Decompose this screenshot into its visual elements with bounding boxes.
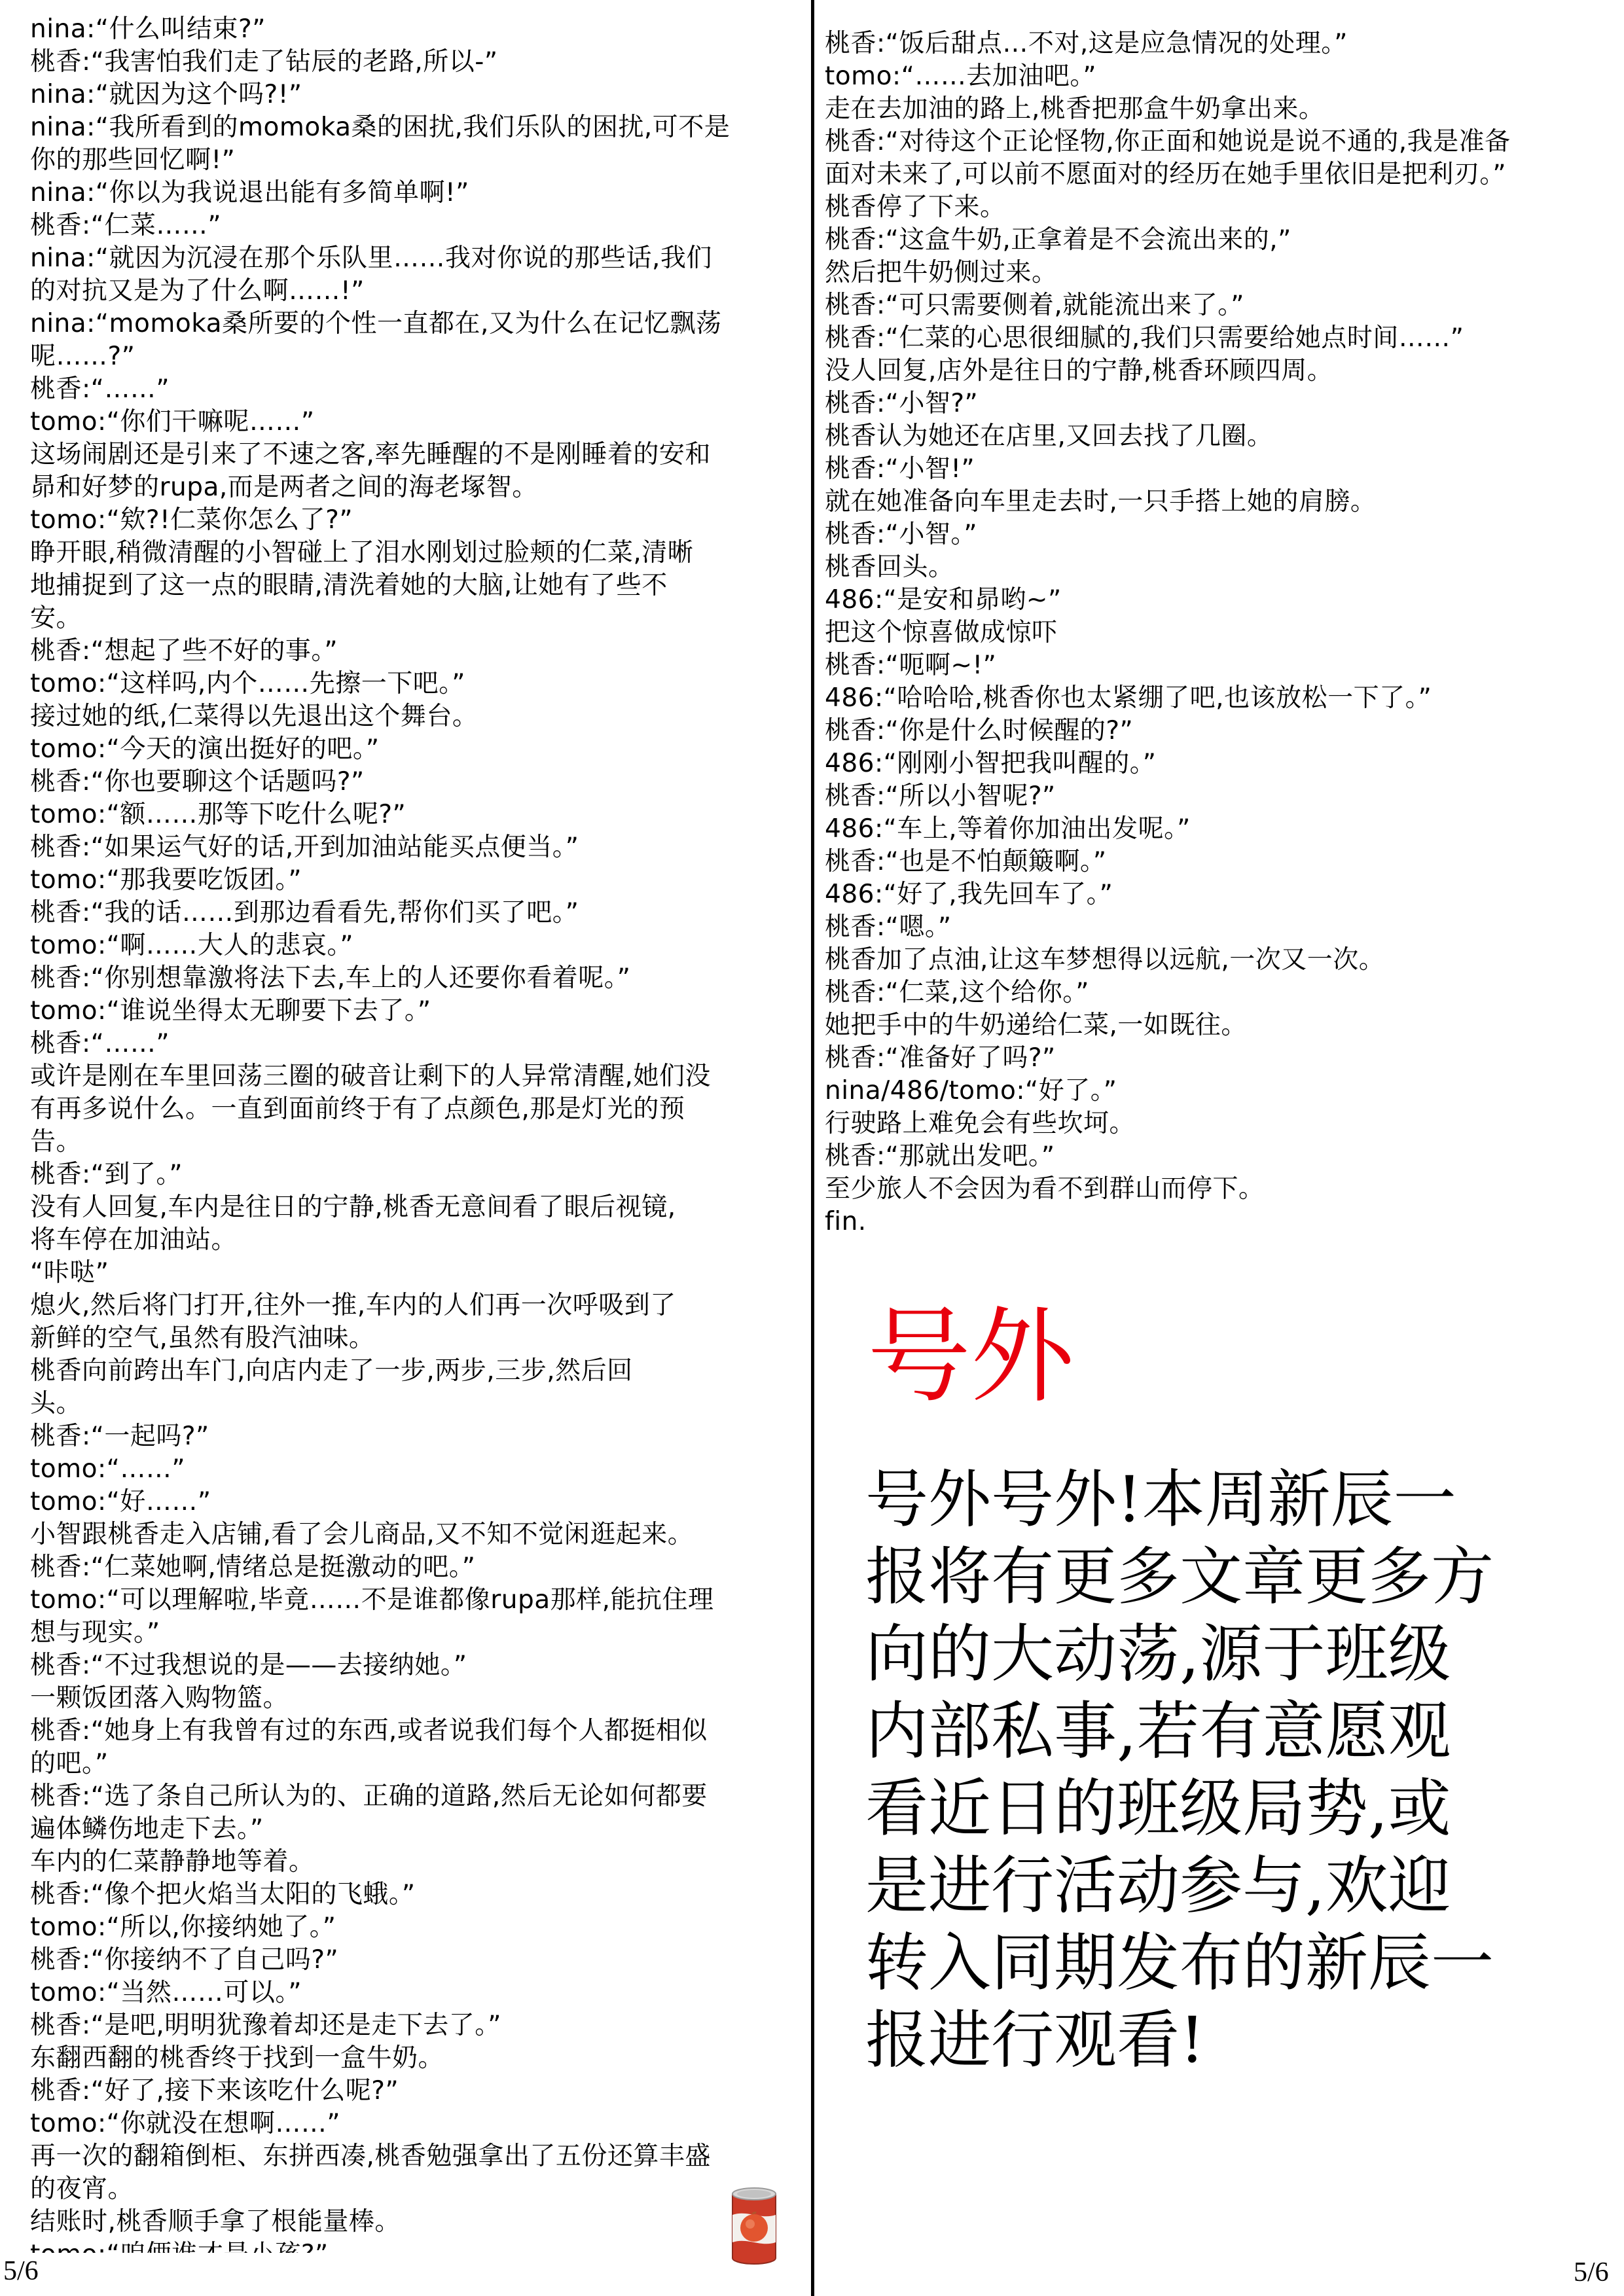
text-line: 桃香:“如果运气好的话,开到加油站能买点便当。” — [30, 831, 809, 864]
text-line: 熄火,然后将门打开,往外一推,车内的人们再一次呼吸到了 — [30, 1289, 809, 1322]
text-line: 486:“车上,等着你加油出发呢。” — [825, 813, 1622, 846]
text-line: 东翻西翻的桃香终于找到一盒牛奶。 — [30, 2042, 809, 2075]
text-line: 桃香:“她身上有我曾有过的东西,或者说我们每个人都挺相似 — [30, 1715, 809, 1748]
text-line: 桃香:“选了条自己所认为的、正确的道路,然后无论如何都要 — [30, 1780, 809, 1813]
text-line: 呢……?” — [30, 340, 809, 373]
text-line: 没有人回复,车内是往日的宁静,桃香无意间看了眼后视镜, — [30, 1191, 809, 1224]
text-line: 桃香:“小智。” — [825, 518, 1622, 551]
right-text-column: 桃香:“饭后甜点…不对,这是应急情况的处理。”tomo:“……去加油吧。”走在去… — [825, 27, 1622, 1258]
text-line: 告。 — [30, 1126, 809, 1158]
text-line: tomo:“可以理解啦,毕竟……不是谁都像rupa那样,能抗住理 — [30, 1584, 809, 1617]
text-line: 这场闹剧还是引来了不速之客,率先睡醒的不是刚睡着的安和 — [30, 439, 809, 471]
text-line: 睁开眼,稍微清醒的小智碰上了泪水刚划过脸颊的仁菜,清晰 — [30, 537, 809, 569]
text-line: 就在她准备向车里走去时,一只手搭上她的肩膀。 — [825, 486, 1622, 518]
text-line: 桃香:“你也要聊这个话题吗?” — [30, 766, 809, 798]
canned-food-icon — [728, 2185, 780, 2270]
text-line: nina:“momoka桑所要的个性一直都在,又为什么在记忆飘荡 — [30, 308, 809, 340]
text-line: 486:“好了,我先回车了。” — [825, 878, 1622, 911]
text-line: 报将有更多文章更多方 — [865, 1538, 1494, 1615]
text-line: tomo:“……去加油吧。” — [825, 60, 1622, 93]
text-line: 桃香认为她还在店里,又回去找了几圈。 — [825, 420, 1622, 453]
text-line: tomo:“所以,你接纳她了。” — [30, 1911, 809, 1944]
column-divider — [811, 0, 814, 2296]
text-line: 你的那些回忆啊!” — [30, 144, 809, 177]
text-line: tomo:“这样吗,内个……先擦一下吧。” — [30, 668, 809, 700]
left-text-column: nina:“什么叫结束?”桃香:“我害怕我们走了钻辰的老路,所以-”nina:“… — [30, 13, 809, 2253]
text-line: 行驶路上难免会有些坎坷。 — [825, 1107, 1622, 1140]
text-line: 桃香:“准备好了吗?” — [825, 1042, 1622, 1075]
text-line: 是进行活动参与,欢迎 — [865, 1847, 1494, 1924]
text-line: 486:“刚刚小智把我叫醒的。” — [825, 747, 1622, 780]
text-line: 一颗饭团落入购物篮。 — [30, 1682, 809, 1715]
text-line: 486:“哈哈哈,桃香你也太紧绷了吧,也该放松一下了。” — [825, 682, 1622, 715]
text-line: 或许是刚在车里回荡三圈的破音让剩下的人异常清醒,她们没 — [30, 1060, 809, 1093]
text-line: tomo:“额……那等下吃什么呢?” — [30, 798, 809, 831]
text-line: 桃香:“那就出发吧。” — [825, 1140, 1622, 1173]
text-line: 至少旅人不会因为看不到群山而停下。 — [825, 1173, 1622, 1206]
text-line: nina:“就因为这个吗?!” — [30, 79, 809, 111]
text-line: tomo:“今天的演出挺好的吧。” — [30, 733, 809, 766]
text-line: 桃香:“你别想靠激将法下去,车上的人还要你看着呢。” — [30, 962, 809, 995]
text-line: nina:“我所看到的momoka桑的困扰,我们乐队的困扰,可不是 — [30, 111, 809, 144]
text-line: tomo:“……” — [30, 1453, 809, 1486]
text-line: 桃香回头。 — [825, 551, 1622, 584]
text-line: 桃香:“不过我想说的是——去接纳她。” — [30, 1649, 809, 1682]
text-line: 桃香:“对待这个正论怪物,你正面和她说是说不通的,我是准备 — [825, 126, 1622, 158]
text-line: tomo:“欸?!仁菜你怎么了?” — [30, 504, 809, 537]
text-line: 486:“是安和昴哟~” — [825, 584, 1622, 617]
text-line: 有再多说什么。一直到面前终于有了点颜色,那是灯光的预 — [30, 1093, 809, 1126]
text-line: 桃香:“所以小智呢?” — [825, 780, 1622, 813]
text-line: 的夜宵。 — [30, 2173, 809, 2206]
text-line: 桃香:“可只需要侧着,就能流出来了。” — [825, 289, 1622, 322]
text-line: 号外号外!本周新辰一 — [865, 1461, 1494, 1538]
text-line: 桃香:“小智?” — [825, 387, 1622, 420]
text-line: nina/486/tomo:“好了。” — [825, 1075, 1622, 1107]
page-number-right: 5/6 — [1574, 2257, 1609, 2288]
text-line: 桃香:“我的话……到那边看看先,帮你们买了吧。” — [30, 897, 809, 929]
text-line: tomo:“当然……可以。” — [30, 1977, 809, 2009]
text-line: 桃香:“是吧,明明犹豫着却还是走下去了。” — [30, 2009, 809, 2042]
text-line: 走在去加油的路上,桃香把那盒牛奶拿出来。 — [825, 93, 1622, 126]
text-line: nina:“你以为我说退出能有多简单啊!” — [30, 177, 809, 209]
text-line: 小智跟桃香走入店铺,看了会儿商品,又不知不觉闲逛起来。 — [30, 1518, 809, 1551]
text-line: 她把手中的牛奶递给仁菜,一如既往。 — [825, 1009, 1622, 1042]
text-line: 遍体鳞伤地走下去。” — [30, 1813, 809, 1846]
document-page: nina:“什么叫结束?”桃香:“我害怕我们走了钻辰的老路,所以-”nina:“… — [0, 0, 1624, 2296]
text-line: 桃香向前跨出车门,向店内走了一步,两步,三步,然后回 — [30, 1355, 809, 1388]
text-line: 桃香:“一起吗?” — [30, 1420, 809, 1453]
text-line: 安。 — [30, 602, 809, 635]
text-line: 桃香:“这盒牛奶,正拿着是不会流出来的,” — [825, 224, 1622, 257]
text-line: fin. — [825, 1206, 1622, 1238]
text-line: tomo:“啊……大人的悲哀。” — [30, 929, 809, 962]
text-line: 昴和好梦的rupa,而是两者之间的海老塚智。 — [30, 471, 809, 504]
extra-announcement: 号外号外!本周新辰一报将有更多文章更多方向的大动荡,源于班级内部私事,若有意愿观… — [865, 1461, 1494, 2079]
text-line: nina:“就因为沉浸在那个乐队里……我对你说的那些话,我们 — [30, 242, 809, 275]
text-line: tomo:“那我要吃饭团。” — [30, 864, 809, 897]
text-line: 头。 — [30, 1388, 809, 1420]
text-line: “咔哒” — [30, 1257, 809, 1289]
text-line: 桃香:“小智!” — [825, 453, 1622, 486]
text-line: 地捕捉到了这一点的眼睛,清洗着她的大脑,让她有了些不 — [30, 569, 809, 602]
text-line: 车内的仁菜静静地等着。 — [30, 1846, 809, 1878]
text-line: tomo:“谁说坐得太无聊要下去了。” — [30, 995, 809, 1028]
text-line: tomo:“咱俩谁才是小孩?” — [30, 2238, 809, 2253]
text-line: 桃香:“你接纳不了自己吗?” — [30, 1944, 809, 1977]
text-line: 再一次的翻箱倒柜、东拼西凑,桃香勉强拿出了五份还算丰盛 — [30, 2140, 809, 2173]
text-line: 想与现实。” — [30, 1617, 809, 1649]
text-line: tomo:“你就没在想啊……” — [30, 2108, 809, 2140]
text-line: 桃香:“想起了些不好的事。” — [30, 635, 809, 668]
page-number-left: 5/6 — [3, 2255, 39, 2287]
text-line: 桃香:“好了,接下来该吃什么呢?” — [30, 2075, 809, 2108]
text-line: 的对抗又是为了什么啊……!” — [30, 275, 809, 308]
text-line: 桃香:“仁菜……” — [30, 209, 809, 242]
text-line: 结账时,桃香顺手拿了根能量棒。 — [30, 2206, 809, 2238]
text-line: 桃香:“呃啊~!” — [825, 649, 1622, 682]
text-line: 桃香停了下来。 — [825, 191, 1622, 224]
text-line: 转入同期发布的新辰一 — [865, 1924, 1494, 2001]
text-line: 桃香:“……” — [30, 1028, 809, 1060]
text-line: 桃香:“仁菜的心思很细腻的,我们只需要给她点时间……” — [825, 322, 1622, 355]
text-line: 看近日的班级局势,或 — [865, 1770, 1494, 1847]
text-line: tomo:“你们干嘛呢……” — [30, 406, 809, 439]
text-line: tomo:“好……” — [30, 1486, 809, 1518]
text-line: 接过她的纸,仁菜得以先退出这个舞台。 — [30, 700, 809, 733]
text-line: 报进行观看! — [865, 2001, 1494, 2079]
text-line: 内部私事,若有意愿观 — [865, 1693, 1494, 1770]
text-line: 桃香:“你是什么时候醒的?” — [825, 715, 1622, 747]
text-line: 把这个惊喜做成惊吓 — [825, 617, 1622, 649]
text-line: 桃香:“我害怕我们走了钻辰的老路,所以-” — [30, 46, 809, 79]
text-line: nina:“什么叫结束?” — [30, 13, 809, 46]
text-line: 桃香:“仁菜,这个给你。” — [825, 977, 1622, 1009]
text-line: 桃香:“嗯。” — [825, 911, 1622, 944]
text-line: 新鲜的空气,虽然有股汽油味。 — [30, 1322, 809, 1355]
text-line: 将车停在加油站。 — [30, 1224, 809, 1257]
text-line: 桃香:“也是不怕颠簸啊。” — [825, 846, 1622, 878]
text-line: 桃香:“像个把火焰当太阳的飞蛾。” — [30, 1878, 809, 1911]
text-line: 向的大动荡,源于班级 — [865, 1615, 1494, 1693]
text-line: 面对未来了,可以前不愿面对的经历在她手里依旧是把利刃。” — [825, 158, 1622, 191]
text-line: 没人回复,店外是往日的宁静,桃香环顾四周。 — [825, 355, 1622, 387]
text-line: 桃香:“……” — [30, 373, 809, 406]
text-line: 的吧。” — [30, 1748, 809, 1780]
text-line: 桃香加了点油,让这车梦想得以远航,一次又一次。 — [825, 944, 1622, 977]
text-line: 然后把牛奶侧过来。 — [825, 257, 1622, 289]
text-line: 桃香:“到了。” — [30, 1158, 809, 1191]
text-line: 桃香:“饭后甜点…不对,这是应急情况的处理。” — [825, 27, 1622, 60]
text-line: 桃香:“仁菜她啊,情绪总是挺激动的吧。” — [30, 1551, 809, 1584]
extra-heading: 号外 — [867, 1293, 1074, 1422]
